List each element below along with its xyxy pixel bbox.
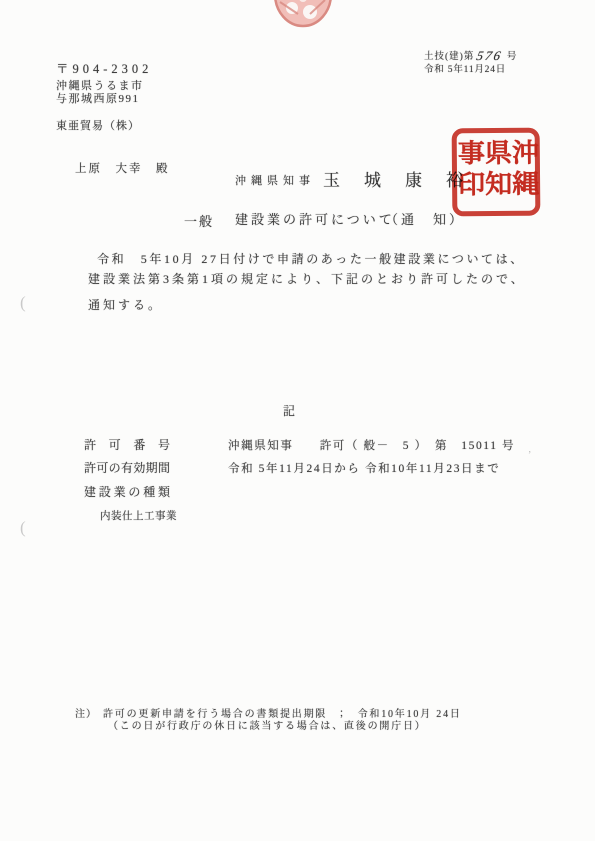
scan-artifact-paren-upper: (: [20, 293, 26, 313]
record-label-business-category: 建設業の種類: [84, 483, 170, 500]
record-value-permit-number: 沖縄県知事 許可（ 般－ 5 ） 第 15011 号: [228, 437, 515, 453]
recipient-company: 東亜貿易（株）: [56, 117, 140, 133]
record-value-validity-period: 令和 5年11月24日から 令和10年11月23日まで: [228, 460, 500, 476]
governor-seal-text: 沖縄県知事印: [455, 139, 537, 206]
subject-title: 建設業の許可について: [235, 209, 395, 228]
subject-classification: 一般: [184, 211, 214, 230]
document-number-suffix: 号: [507, 52, 518, 62]
record-label-validity-period: 許可の有効期間: [84, 459, 170, 476]
body-paragraph-line3: 通知する。: [88, 296, 163, 313]
issuer-title: 沖縄県知事: [235, 172, 315, 188]
body-paragraph-line1: 令和 5年10月 27日付けで申請のあった一般建設業については、: [97, 250, 525, 267]
permit-notification-document: 土技(建)第576号 令和 5年11月24日 〒904-2302 沖縄県うるま市…: [0, 0, 595, 841]
recipient-address-line2: 与那城西原991: [56, 90, 140, 106]
record-business-type: 内装仕上工事業: [100, 508, 177, 523]
document-date: 令和 5年11月24日: [424, 61, 506, 75]
recipient-person: 上原 大幸 殿: [75, 160, 170, 176]
scan-artifact-tick: ’: [528, 450, 531, 461]
top-partial-round-stamp-icon: [270, 0, 336, 30]
subject-notice-suffix: （通 知）: [385, 209, 465, 228]
note-line2: （この日が行政庁の休日に該当する場合は、直後の開庁日）: [108, 717, 427, 732]
record-label-permit-number: 許可番号: [84, 436, 170, 453]
body-paragraph-line2: 建設業法第3条第1項の規定により、下記のとおり許可したので、: [88, 270, 526, 287]
scan-artifact-paren-lower: (: [20, 518, 26, 538]
record-marker: 記: [283, 402, 295, 419]
governor-red-seal-stamp: 沖縄県知事印: [452, 128, 541, 217]
note-marker: 注）: [75, 705, 97, 720]
recipient-postal-code: 〒904-2302: [56, 59, 152, 77]
